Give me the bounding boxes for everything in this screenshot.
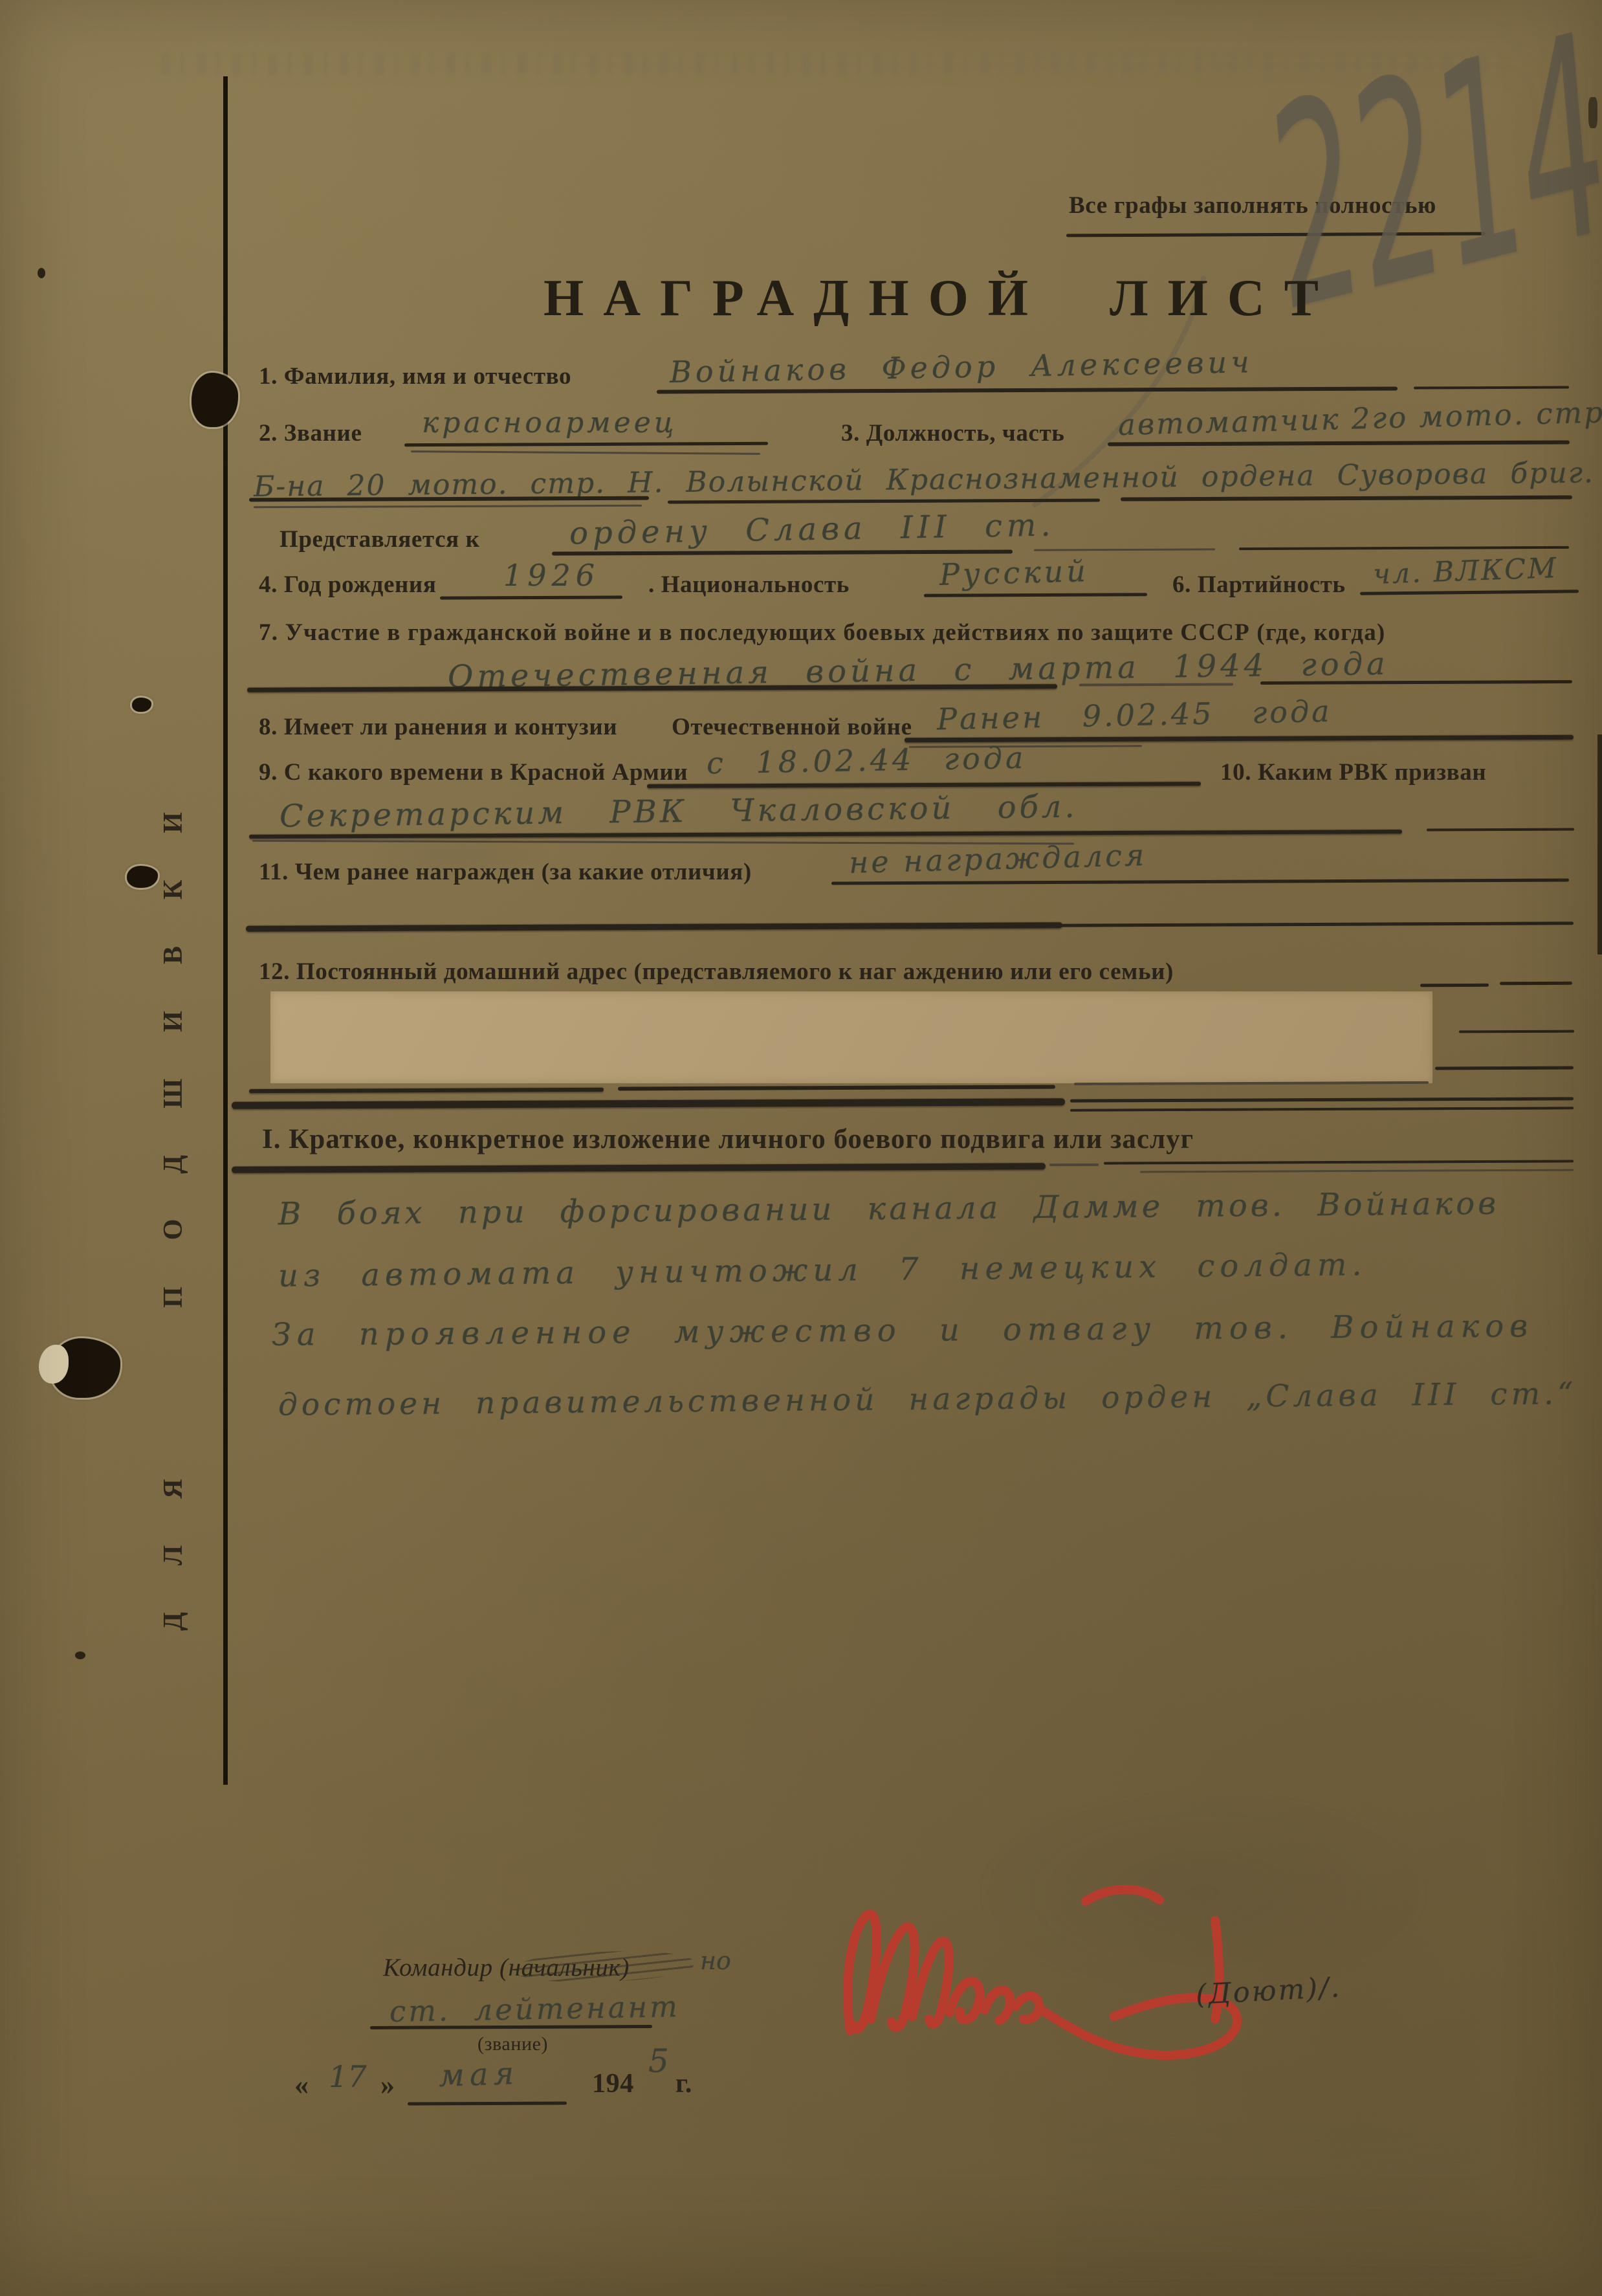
field-10-label: 10. Каким РВК призван [1220,758,1486,786]
citation-line-1: В боях при форсировании канала Дамме тов… [278,1186,1499,1232]
rank-underline [370,2025,652,2029]
date-year-digit: 5 [648,2042,669,2080]
field-6-value: чл. ВЛКСМ [1372,552,1559,591]
underline [1500,982,1572,985]
scanned-award-sheet-page: ДЛЯ ПОДШИВКИ Все графы заполнять полност… [0,0,1602,2296]
field-4-label: 4. Год рождения [259,571,436,599]
underline [1435,1066,1574,1070]
commander-suffix: но [700,1947,731,1975]
present-label: Представляется к [280,525,479,553]
field-6-label: 6. Партийность [1172,571,1346,599]
field-8-label: 8. Имеет ли ранения и контузии [259,713,617,741]
underline [1414,386,1569,389]
margin-speck [75,1651,85,1659]
section-rule-top [1070,1107,1574,1111]
underline [1420,984,1489,987]
field-4-value: 1926 [503,558,600,593]
underline [618,1085,1055,1091]
section-1-heading: I. Краткое, конкретное изложение личного… [262,1123,1194,1155]
form-title: НАГРАДНОЙ ЛИСТ [543,269,1338,328]
date-month: мая [438,2055,520,2094]
field-3-label: 3. Должность, часть [841,419,1064,447]
citation-line-3: За проявленное мужество и отвагу тов. Во… [272,1308,1533,1353]
underline [1459,1030,1574,1033]
field-11-label: 11. Чем ранее награжден (за какие отличи… [259,858,752,886]
section-rule-top [232,1098,1065,1109]
section-rule-bottom [1140,1169,1574,1173]
citation-line-2: из автомата уничтожил 7 немецких солдат. [278,1246,1367,1294]
underline [831,879,1569,885]
underline [440,595,622,599]
section-rule-top [1070,1097,1574,1102]
field-1-label: 1. Фамилия, имя и отчество [259,362,571,390]
field-8-value: Ранен 9.02.45 года [937,694,1333,737]
date-year-suffix: г. [675,2068,692,2099]
underline [411,450,760,455]
underline [924,593,1147,597]
section-rule-bottom [232,1163,1046,1173]
blank-line [246,922,1062,932]
underline [1427,828,1574,832]
left-border-rule [223,76,228,1785]
field-5-value: Русский [939,553,1089,592]
date-quote-open: « [294,2068,309,2101]
punch-hole [132,698,151,712]
field-9-label: 9. С какого времени в Красной Армии [259,758,688,786]
section-rule-bottom [1049,1164,1099,1166]
present-value: ордену Слава III ст. [569,507,1056,551]
date-underline [408,2101,567,2105]
underline [1079,683,1233,686]
field-12-label: 12. Постоянный домашний адрес (представл… [259,958,1174,986]
rank-caption: (звание) [477,2033,548,2055]
field-2-value: красноармеец [422,406,677,439]
margin-speck [38,268,45,278]
rank-value: ст. лейтенант [390,1989,681,2029]
underline [647,782,1201,788]
field-7-label: 7. Участие в гражданской войне и в после… [259,619,1385,646]
underline [1360,590,1579,595]
paper-tear [192,373,238,427]
underline [254,505,642,509]
blank-line [1040,922,1574,927]
citation-line-4: достоен правительственной награды орден … [278,1376,1577,1423]
redacted-address-block [270,991,1432,1083]
bleed-through-artifact [1061,2123,1488,2278]
field-5-label: . Национальность [648,571,850,599]
underline [404,442,768,447]
date-day: 17 [329,2059,367,2094]
underline [1239,546,1569,550]
underline [1260,680,1572,685]
field-9-value: с 18.02.44 года [707,740,1027,781]
field-11-value: не награждался [848,837,1147,880]
field-8-label2: Отечественной войне [672,713,912,741]
field-2-label: 2. Звание [259,419,362,447]
underline [249,1088,604,1093]
field-10-value: Секретарским РВК Чкаловской обл. [280,788,1078,834]
date-year-printed: 194 [592,2068,634,2099]
date-quote-close: » [380,2068,395,2101]
punch-hole [127,866,158,888]
right-edge-mark [1597,734,1602,955]
section-rule-bottom [1104,1160,1574,1164]
margin-filing-text: ДЛЯ ПОДШИВКИ [158,602,189,1631]
underline [1034,548,1215,551]
